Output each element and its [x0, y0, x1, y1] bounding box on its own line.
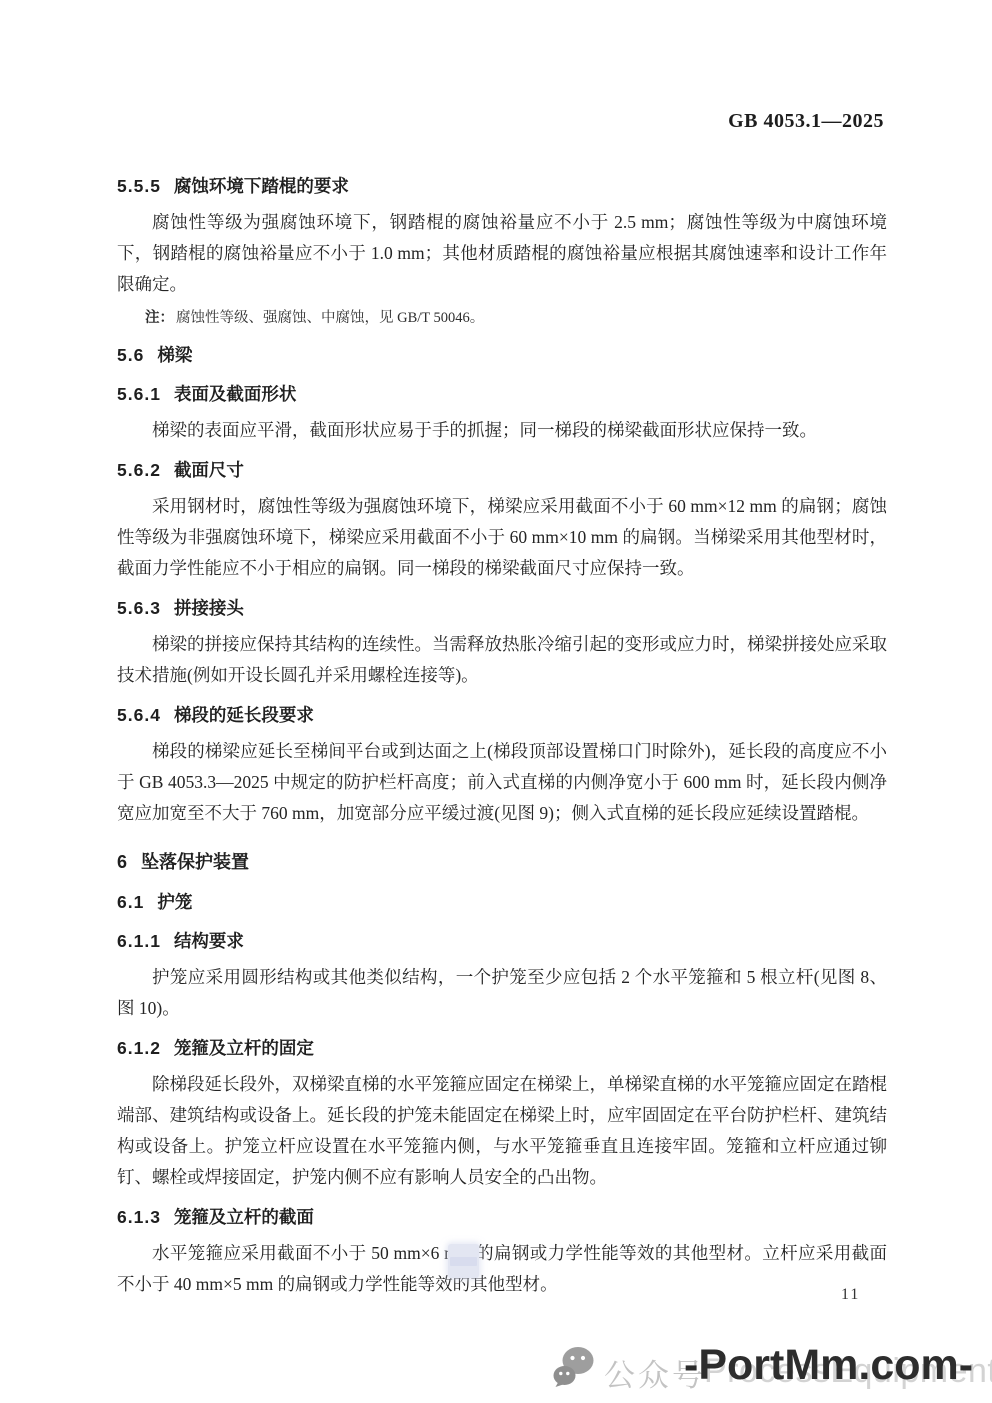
page-number: 11: [841, 1286, 860, 1304]
section-number: 5.6.2: [117, 460, 161, 480]
paragraph: 梯梁的拼接应保持其结构的连续性。当需释放热胀冷缩引起的变形或应力时，梯梁拼接处应…: [117, 629, 887, 691]
section-title: 梯段的延长段要求: [174, 705, 314, 725]
paragraph: 水平笼箍应采用截面不小于 50 mm×6 mm 的扁钢或力学性能等效的其他型材。…: [117, 1238, 887, 1300]
section-title: 笼箍及立杆的固定: [174, 1038, 314, 1058]
note-label: 注：: [145, 310, 174, 326]
document-body: 5.5.5腐蚀环境下踏棍的要求 腐蚀性等级为强腐蚀环境下，钢踏棍的腐蚀裕量应不小…: [117, 162, 887, 1305]
section-title: 梯梁: [157, 345, 192, 365]
note: 注：腐蚀性等级、强腐蚀、中腐蚀，见 GB/T 50046。: [117, 305, 887, 331]
section-number: 6.1.3: [117, 1207, 161, 1227]
chapter-number: 6: [117, 852, 128, 872]
section-heading-5-6-3: 5.6.3拼接接头: [117, 593, 887, 623]
wechat-icon: [552, 1346, 598, 1388]
section-number: 5.6.3: [117, 598, 161, 618]
section-number: 5.6.4: [117, 705, 161, 725]
section-heading-6-1-2: 6.1.2笼箍及立杆的固定: [117, 1033, 887, 1063]
section-title: 表面及截面形状: [174, 384, 297, 404]
section-number: 6.1.1: [117, 931, 161, 951]
section-heading-6-1-1: 6.1.1结构要求: [117, 926, 887, 956]
paragraph: 除梯段延长段外，双梯梁直梯的水平笼箍应固定在梯梁上，单梯梁直梯的水平笼箍应固定在…: [117, 1069, 887, 1193]
scan-watermark-band: [450, 1257, 477, 1266]
paragraph: 采用钢材时，腐蚀性等级为强腐蚀环境下，梯梁应采用截面不小于 60 mm×12 m…: [117, 491, 887, 584]
section-number: 5.5.5: [117, 176, 161, 196]
chapter-heading-6: 6坠落保护装置: [117, 847, 887, 877]
section-number: 6.1: [117, 892, 144, 912]
scan-watermark-square: [448, 1244, 479, 1278]
section-title: 笼箍及立杆的截面: [174, 1207, 314, 1227]
section-number: 6.1.2: [117, 1038, 161, 1058]
standard-number-header: GB 4053.1—2025: [728, 110, 884, 133]
section-heading-6-1: 6.1护笼: [117, 887, 887, 917]
paragraph: 梯段的梯梁应延长至梯间平台或到达面之上(梯段顶部设置梯口门时除外)，延长段的高度…: [117, 736, 887, 829]
section-title: 护笼: [157, 892, 192, 912]
section-heading-5-6-4: 5.6.4梯段的延长段要求: [117, 700, 887, 730]
paragraph: 腐蚀性等级为强腐蚀环境下，钢踏棍的腐蚀裕量应不小于 2.5 mm；腐蚀性等级为中…: [117, 207, 887, 300]
banner-site-text: -PortMm.com-: [684, 1341, 973, 1390]
section-heading-6-1-3: 6.1.3笼箍及立杆的截面: [117, 1202, 887, 1232]
chapter-title: 坠落保护装置: [141, 852, 249, 872]
paragraph: 护笼应采用圆形结构或其他类似结构，一个护笼至少应包括 2 个水平笼箍和 5 根立…: [117, 962, 887, 1024]
section-number: 5.6.1: [117, 384, 161, 404]
section-number: 5.6: [117, 345, 144, 365]
section-title: 拼接接头: [174, 598, 244, 618]
section-heading-5-6-2: 5.6.2截面尺寸: [117, 455, 887, 485]
section-title: 结构要求: [174, 931, 244, 951]
section-heading-5-6-1: 5.6.1表面及截面形状: [117, 379, 887, 409]
section-title: 腐蚀环境下踏棍的要求: [174, 176, 349, 196]
promo-banner: 公众号 ProcessEquipment -PortMm.com-: [0, 1334, 992, 1403]
paragraph: 梯梁的表面应平滑，截面形状应易于手的抓握；同一梯段的梯梁截面形状应保持一致。: [117, 415, 887, 446]
section-title: 截面尺寸: [174, 460, 244, 480]
note-text: 腐蚀性等级、强腐蚀、中腐蚀，见 GB/T 50046。: [176, 310, 484, 326]
section-heading-5-6: 5.6梯梁: [117, 340, 887, 370]
section-heading-5-5-5: 5.5.5腐蚀环境下踏棍的要求: [117, 171, 887, 201]
